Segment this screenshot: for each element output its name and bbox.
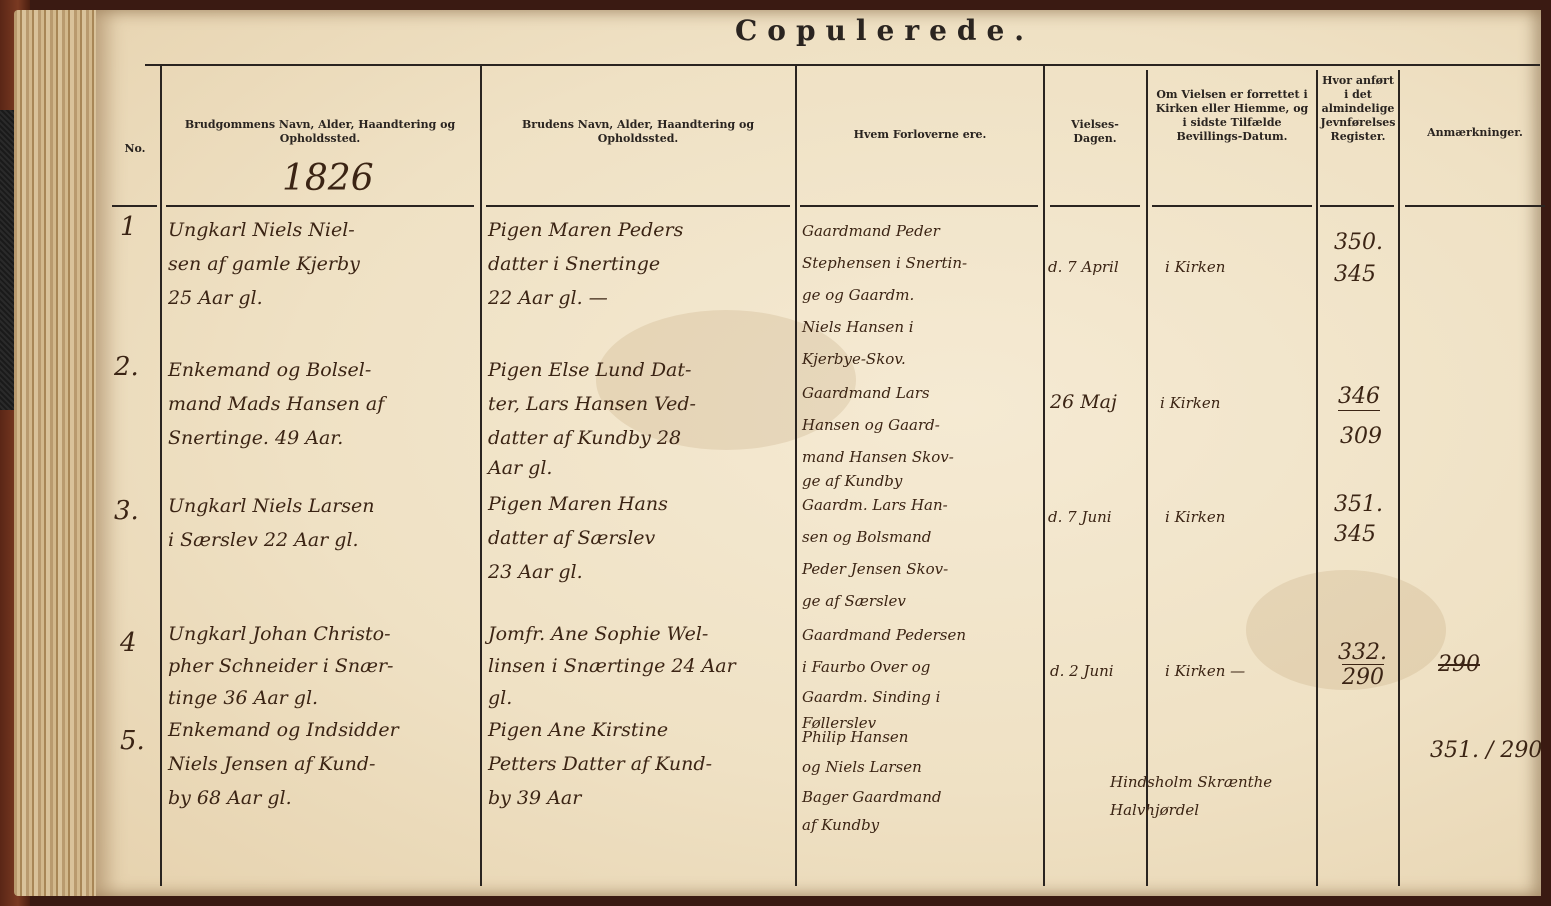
register-number: 346 bbox=[1338, 384, 1380, 411]
header-rule bbox=[112, 205, 157, 207]
column-divider bbox=[160, 66, 162, 886]
column-divider bbox=[1146, 70, 1148, 886]
bride-line: Jomfr. Ane Sophie Wel- bbox=[488, 618, 708, 650]
register-number: 345 bbox=[1334, 522, 1376, 548]
bride-line: Pigen Maren Peders bbox=[488, 214, 683, 246]
groom-line: i Særslev 22 Aar gl. bbox=[168, 524, 359, 556]
bride-line: datter af Særslev bbox=[488, 522, 655, 554]
header-wedding-day: Vielses-Dagen. bbox=[1050, 118, 1140, 146]
register-number: 345 bbox=[1334, 262, 1376, 288]
header-church-or-home: Om Vielsen er forrettet i Kirken eller H… bbox=[1152, 88, 1312, 144]
entry-number: 4 bbox=[120, 628, 137, 658]
witness-line: Gaardmand Pedersen bbox=[802, 624, 966, 646]
witness-line: Niels Hansen i bbox=[802, 316, 914, 338]
register-number: 309 bbox=[1340, 424, 1382, 450]
groom-line: by 68 Aar gl. bbox=[168, 782, 292, 814]
groom-line: sen af gamle Kjerby bbox=[168, 248, 360, 280]
bride-line: Aar gl. bbox=[488, 452, 552, 484]
wedding-place: i Kirken bbox=[1165, 506, 1225, 528]
bride-line: Pigen Ane Kirstine bbox=[488, 714, 668, 746]
remark-text: 351. / 290 bbox=[1430, 738, 1542, 764]
witness-line: Hansen og Gaard- bbox=[802, 414, 940, 436]
bride-line: gl. bbox=[488, 682, 512, 714]
groom-line: Snertinge. 49 Aar. bbox=[168, 422, 343, 454]
witness-line: ge af Kundby bbox=[802, 470, 902, 492]
wedding-date: d. 2 Juni bbox=[1050, 660, 1114, 682]
entry-number: 2. bbox=[114, 352, 139, 382]
witness-line: af Kundby bbox=[802, 814, 879, 836]
bride-line: 23 Aar gl. bbox=[488, 556, 583, 588]
wedding-place: Hindsholm Skrænthe Halvhjørdel bbox=[1110, 768, 1330, 824]
groom-line: pher Schneider i Snær- bbox=[168, 650, 393, 682]
bride-line: 22 Aar gl. — bbox=[488, 282, 608, 314]
header-rule bbox=[800, 205, 1038, 207]
witness-line: Gaardm. Sinding i bbox=[802, 686, 940, 708]
witness-line: Gaardmand Lars bbox=[802, 382, 930, 404]
witness-line: Gaardm. Lars Han- bbox=[802, 494, 948, 516]
year-label: 1826 bbox=[282, 158, 374, 199]
header-rule bbox=[486, 205, 790, 207]
header-bride: Brudens Navn, Alder, Haandtering og Opho… bbox=[486, 118, 790, 146]
wedding-place: i Kirken bbox=[1165, 256, 1225, 278]
header-rule bbox=[1050, 205, 1140, 207]
wedding-date: 26 Maj bbox=[1050, 386, 1117, 418]
groom-line: Enkemand og Bolsel- bbox=[168, 354, 371, 386]
header-no: No. bbox=[112, 142, 158, 156]
column-divider bbox=[795, 66, 797, 886]
entry-number: 5. bbox=[120, 726, 145, 756]
witness-line: Bager Gaardmand bbox=[802, 786, 941, 808]
column-divider bbox=[1043, 66, 1045, 886]
witness-line: i Faurbo Over og bbox=[802, 656, 930, 678]
wedding-date: d. 7 Juni bbox=[1048, 506, 1112, 528]
register-number: 332. bbox=[1338, 640, 1387, 666]
witness-line: mand Hansen Skov- bbox=[802, 446, 954, 468]
witness-line: sen og Bolsmand bbox=[802, 526, 931, 548]
header-witnesses: Hvem Forloverne ere. bbox=[800, 128, 1040, 142]
groom-line: Niels Jensen af Kund- bbox=[168, 748, 375, 780]
remark-text: 290 bbox=[1438, 652, 1480, 678]
witness-line: ge og Gaardm. bbox=[802, 284, 914, 306]
bride-line: Pigen Maren Hans bbox=[488, 488, 668, 520]
bride-line: ter, Lars Hansen Ved- bbox=[488, 388, 696, 420]
header-rule bbox=[166, 205, 474, 207]
column-divider bbox=[480, 66, 482, 886]
column-divider bbox=[1316, 70, 1318, 886]
witness-line: og Niels Larsen bbox=[802, 756, 922, 778]
groom-line: mand Mads Hansen af bbox=[168, 388, 384, 420]
bride-line: Petters Datter af Kund- bbox=[488, 748, 712, 780]
column-divider bbox=[1398, 70, 1400, 886]
groom-line: Ungkarl Niels Niel- bbox=[168, 214, 355, 246]
wedding-place: i Kirken — bbox=[1165, 660, 1245, 682]
witness-line: Philip Hansen bbox=[802, 726, 908, 748]
witness-line: Gaardmand Peder bbox=[802, 220, 940, 242]
wedding-place: i Kirken bbox=[1160, 392, 1220, 414]
bride-line: datter i Snertinge bbox=[488, 248, 660, 280]
bride-line: linsen i Snærtinge 24 Aar bbox=[488, 650, 736, 682]
page-title: Copulerede. bbox=[735, 14, 1034, 47]
register-number: 351. bbox=[1334, 492, 1383, 518]
groom-line: Enkemand og Indsidder bbox=[168, 714, 399, 746]
entry-number: 1 bbox=[120, 212, 137, 242]
register-number: 290 bbox=[1342, 664, 1384, 691]
top-rule bbox=[145, 64, 1540, 66]
groom-line: Ungkarl Niels Larsen bbox=[168, 490, 375, 522]
groom-line: tinge 36 Aar gl. bbox=[168, 682, 318, 714]
header-groom: Brudgommens Navn, Alder, Haandtering og … bbox=[166, 118, 474, 146]
bride-line: Pigen Else Lund Dat- bbox=[488, 354, 691, 386]
groom-line: Ungkarl Johan Christo- bbox=[168, 618, 391, 650]
witness-line: ge af Særslev bbox=[802, 590, 906, 612]
groom-line: 25 Aar gl. bbox=[168, 282, 263, 314]
header-remarks: Anmærkninger. bbox=[1405, 126, 1545, 140]
page-edges bbox=[14, 10, 102, 896]
register-number: 350. bbox=[1334, 230, 1383, 256]
witness-line: Stephensen i Snertin- bbox=[802, 252, 967, 274]
bride-line: datter af Kundby 28 bbox=[488, 422, 681, 454]
bride-line: by 39 Aar bbox=[488, 782, 581, 814]
header-rule bbox=[1320, 205, 1394, 207]
header-register: Hvor anført i det almindelige Jevnførels… bbox=[1320, 74, 1396, 144]
header-rule bbox=[1152, 205, 1312, 207]
witness-line: Peder Jensen Skov- bbox=[802, 558, 948, 580]
header-rule bbox=[1405, 205, 1545, 207]
wedding-date: d. 7 April bbox=[1048, 256, 1119, 278]
witness-line: Kjerbye-Skov. bbox=[802, 348, 906, 370]
entry-number: 3. bbox=[114, 496, 139, 526]
